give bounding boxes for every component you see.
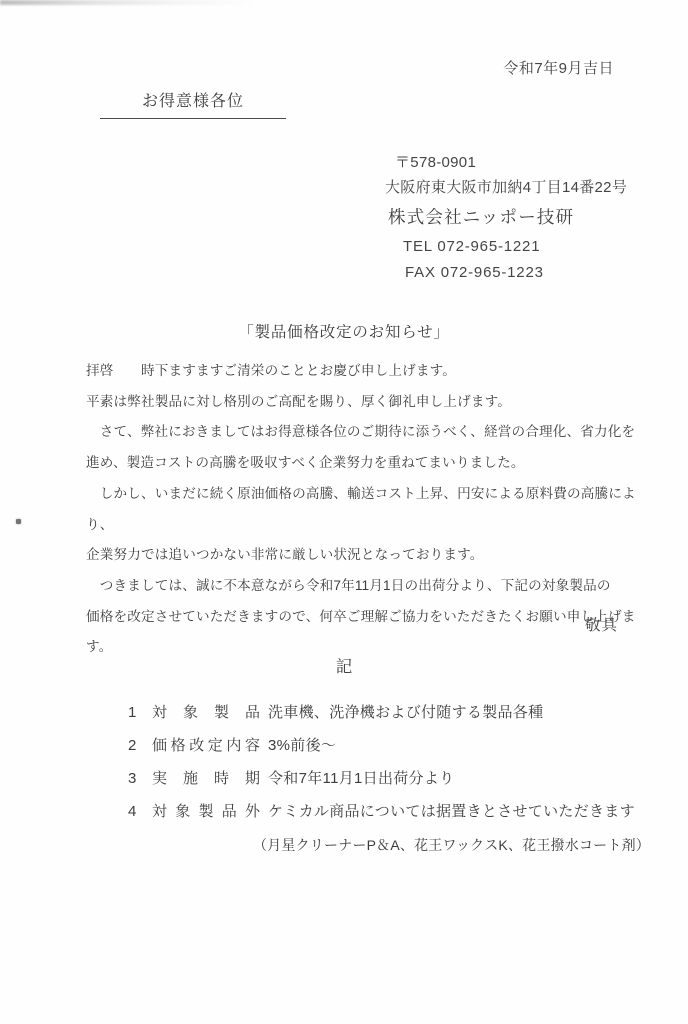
scanned-letter-page: 令和7年9月吉日 お得意様各位 〒578-0901 大阪府東大阪市加納4丁目14… (0, 0, 688, 1024)
item-note: （月星クリーナーP＆A、花王ワックスK、花王撥水コート剤） (253, 835, 658, 855)
sender-company-name: 株式会社ニッポー技研 (388, 202, 627, 233)
body-line: 企業努力では追いつかない非常に厳しい状況となっております。 (86, 540, 650, 571)
item-row: 2 価格改定内容 3%前後～ (128, 736, 658, 756)
item-number: 3 (128, 769, 152, 789)
closing-keigu: 敬具 (585, 613, 618, 635)
sender-block: 〒578-0901 大阪府東大阪市加納4丁目14番22号 株式会社ニッポー技研 … (385, 152, 627, 285)
item-label: 対象製品 (152, 703, 260, 723)
body-line: つきましては、誠に不本意ながら令和7年11月1日の出荷分より、下記の対象製品の (86, 571, 650, 602)
body-line: 平素は弊社製品に対し格別のご高配を賜り、厚く御礼申し上げます。 (86, 387, 650, 418)
item-label: 実施時期 (152, 769, 260, 789)
item-number: 1 (128, 703, 152, 723)
sender-address: 大阪府東大阪市加納4丁目14番22号 (385, 174, 627, 202)
item-value: 洗車機、洗浄機および付随する製品各種 (268, 703, 543, 723)
letter-body: 拝啓 時下ますますご清栄のこととお慶び申し上げます。 平素は弊社製品に対し格別の… (86, 356, 650, 663)
addressee: お得意様各位 (100, 88, 286, 119)
item-number: 4 (128, 802, 152, 822)
body-line: さて、弊社におきましてはお得意様各位のご期待に添うべく、経営の合理化、省力化を (86, 417, 650, 448)
body-line: しかし、いまだに続く原油価格の高騰、輸送コスト上昇、円安による原料費の高騰により… (86, 479, 650, 540)
scan-dot-artifact (16, 519, 21, 524)
item-value: 令和7年11月1日出荷分より (268, 769, 454, 789)
item-label: 価格改定内容 (152, 736, 260, 756)
body-line: 拝啓 時下ますますご清栄のこととお慶び申し上げます。 (86, 356, 650, 387)
item-value: 3%前後～ (268, 736, 336, 756)
record-marker-ki: 記 (0, 653, 688, 677)
item-row: 4 対象製品外 ケミカル商品については据置きとさせていただきます (128, 802, 658, 822)
items-list: 1 対象製品 洗車機、洗浄機および付随する製品各種 2 価格改定内容 3%前後～… (128, 703, 658, 855)
sender-fax: FAX 072-965-1223 (405, 260, 627, 285)
item-label: 対象製品外 (152, 802, 260, 822)
letter-title: 「製品価格改定のお知らせ」 (0, 320, 688, 342)
item-row: 1 対象製品 洗車機、洗浄機および付随する製品各種 (128, 703, 658, 723)
item-value: ケミカル商品については据置きとさせていただきます (268, 802, 635, 822)
scan-smudge-artifact (0, 0, 260, 5)
item-row: 3 実施時期 令和7年11月1日出荷分より (128, 769, 658, 789)
body-line: 進め、製造コストの高騰を吸収すべく企業努力を重ねてまいりました。 (86, 448, 650, 479)
sender-tel: TEL 072-965-1221 (403, 233, 627, 260)
item-number: 2 (128, 736, 152, 756)
letter-date: 令和7年9月吉日 (503, 57, 614, 78)
sender-postal-code: 〒578-0901 (395, 152, 627, 174)
